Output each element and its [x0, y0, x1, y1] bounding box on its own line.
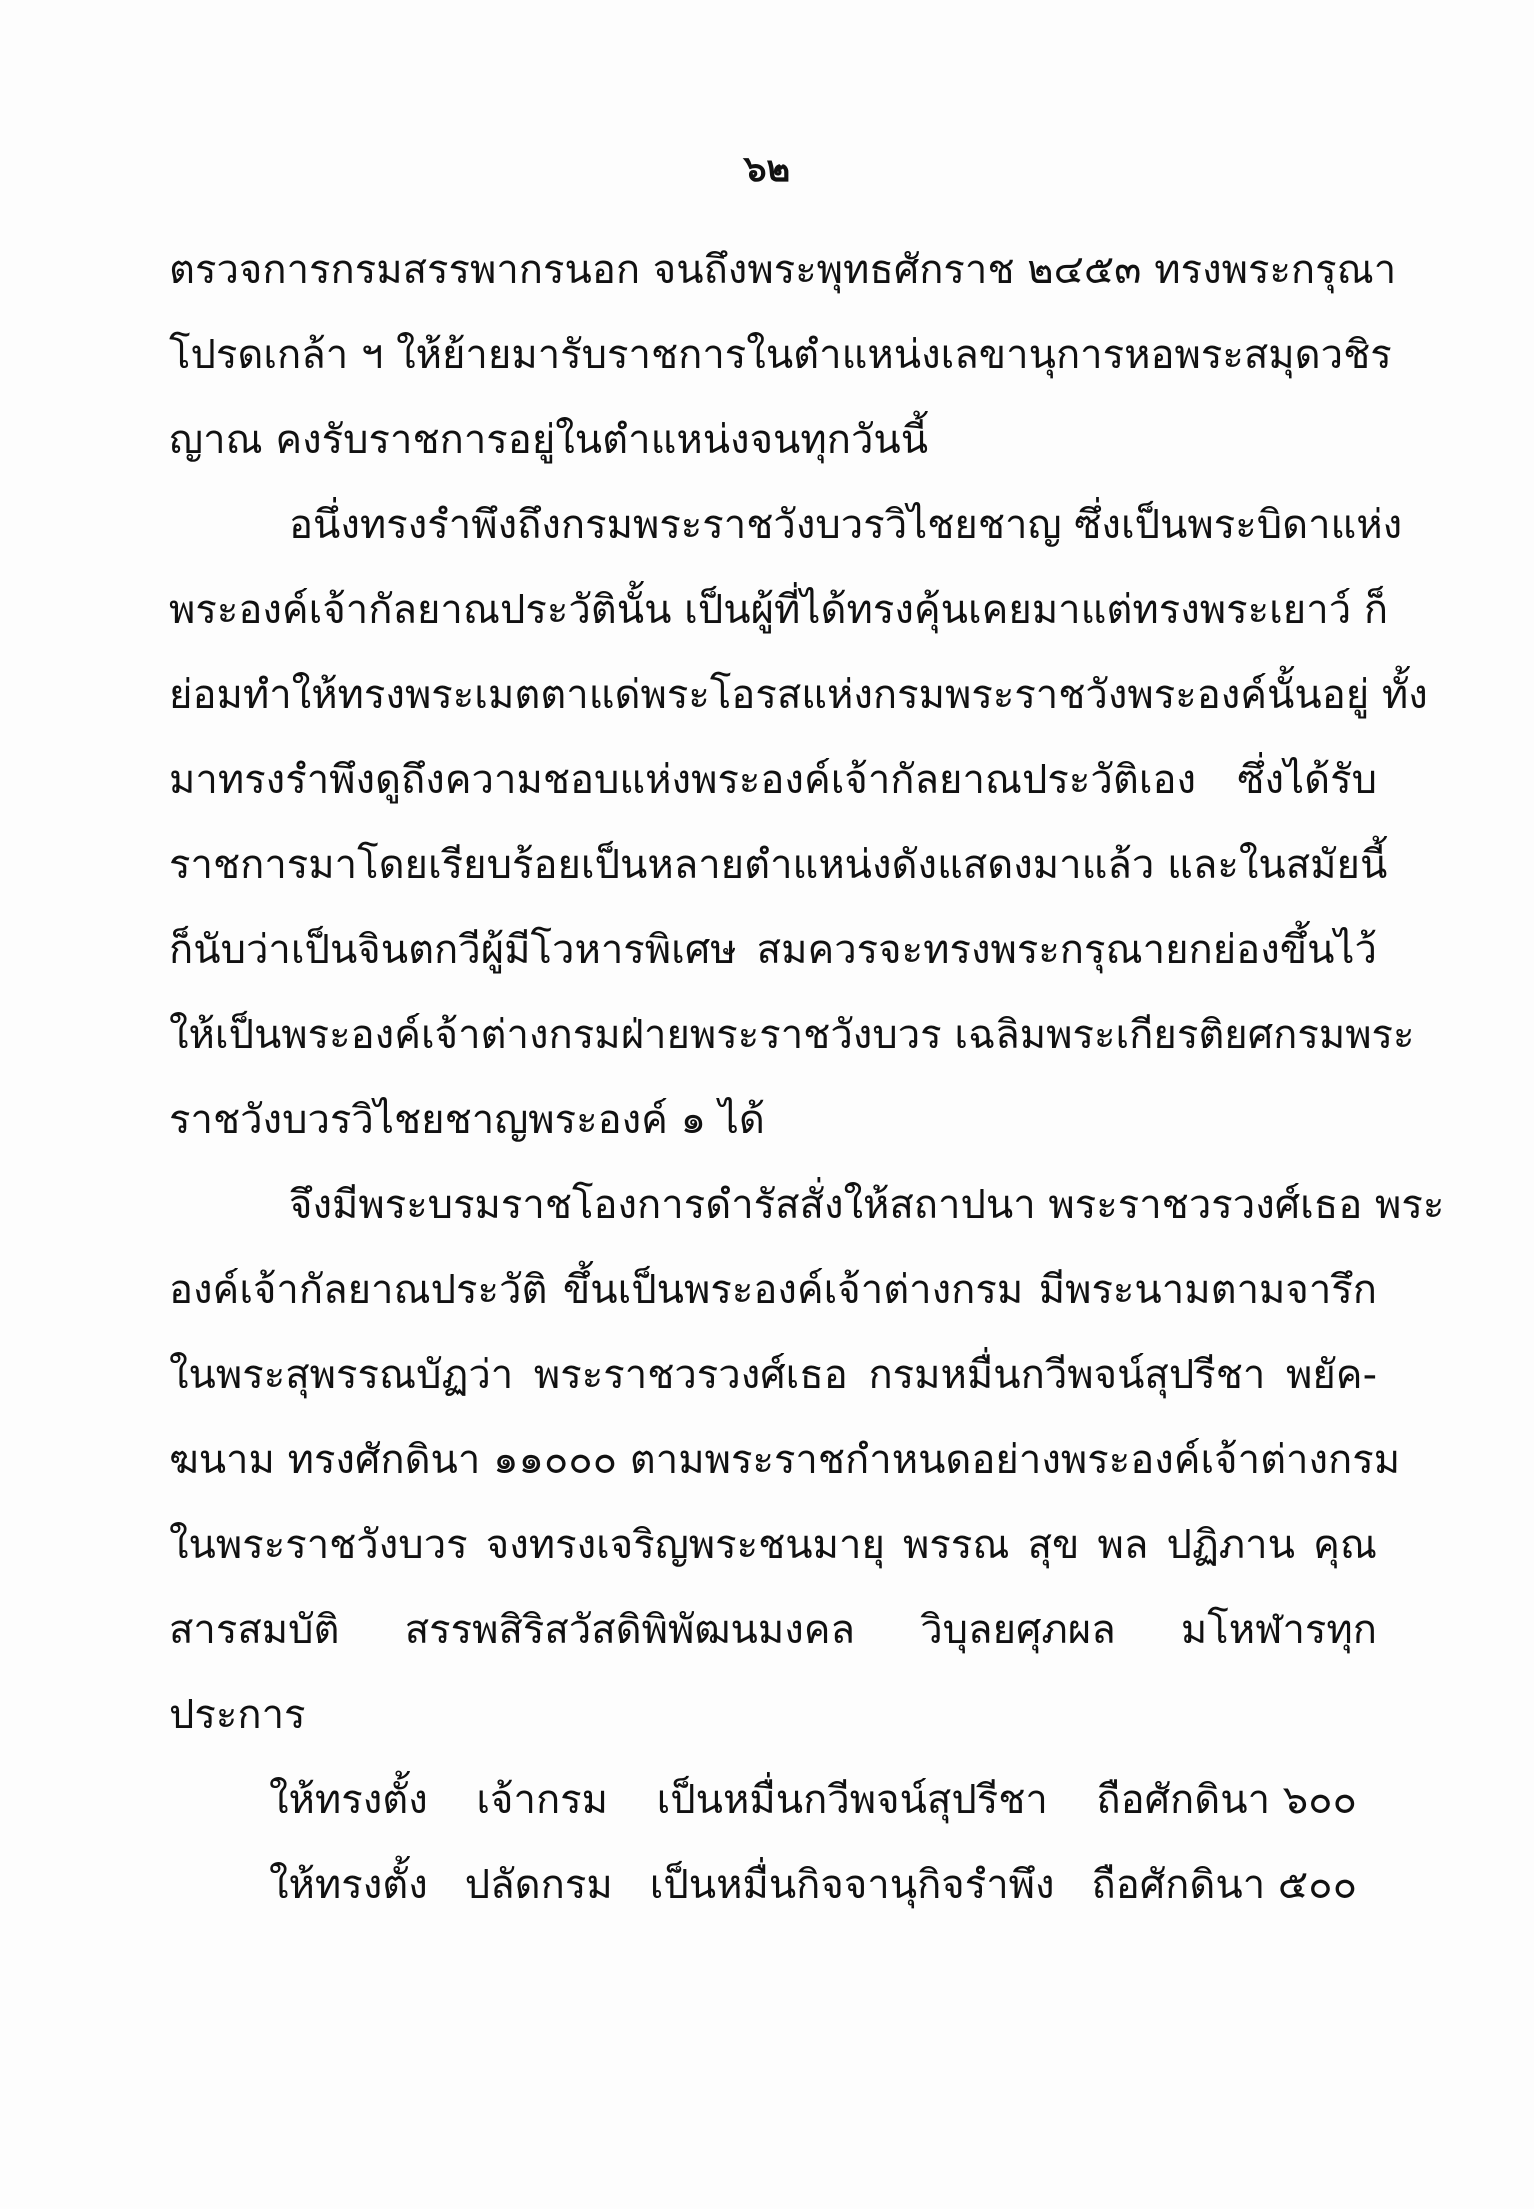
- text-line: ในพระสุพรรณบัฏว่า พระราชวรวงศ์เธอ กรมหมื…: [169, 1333, 1377, 1418]
- text-line: ญาณ คงรับราชการอยู่ในตำแหน่งจนทุกวันนี้: [169, 398, 1377, 483]
- paragraph-start-line: อนึ่งทรงรำพึงถึงกรมพระราชวังบวรวิไชยชาญ …: [169, 483, 1377, 568]
- text-line: สารสมบัติ สรรพสิริสวัสดิพิพัฒนมงคล วิบุล…: [169, 1588, 1377, 1673]
- appointment-role: ปลัดกรม: [465, 1843, 613, 1928]
- text-line: องค์เจ้ากัลยาณประวัติ ขึ้นเป็นพระองค์เจ้…: [169, 1248, 1377, 1333]
- text-line: ให้เป็นพระองค์เจ้าต่างกรมฝ่ายพระราชวังบว…: [169, 993, 1377, 1078]
- appointment-title: เป็นหมื่นกิจจานุกิจรำพึง: [650, 1843, 1055, 1928]
- text-line: โปรดเกล้า ฯ ให้ย้ายมารับราชการในตำแหน่งเ…: [169, 313, 1377, 398]
- appointment-role: เจ้ากรม: [476, 1758, 608, 1843]
- text-line: ในพระราชวังบวร จงทรงเจริญพระชนมายุ พรรณ …: [169, 1503, 1377, 1588]
- paragraph-start-line: จึงมีพระบรมราชโองการดำรัสสั่งให้สถาปนา พ…: [169, 1163, 1377, 1248]
- appointment-verb: ให้ทรงตั้ง: [269, 1843, 428, 1928]
- text-line: มาทรงรำพึงดูถึงความชอบแห่งพระองค์เจ้ากัล…: [169, 738, 1377, 823]
- page-number: ๖๒: [0, 140, 1534, 197]
- text-line: ย่อมทำให้ทรงพระเมตตาแด่พระโอรสแห่งกรมพระ…: [169, 653, 1377, 738]
- text-line: ประการ: [169, 1673, 1377, 1758]
- appointment-title: เป็นหมื่นกวีพจน์สุปรีชา: [657, 1758, 1048, 1843]
- text-line: ราชการมาโดยเรียบร้อยเป็นหลายตำแหน่งดังแส…: [169, 823, 1377, 908]
- text-line: ราชวังบวรวิไชยชาญพระองค์ ๑ ได้: [169, 1078, 1377, 1163]
- body-text: ตรวจการกรมสรรพากรนอก จนถึงพระพุทธศักราช …: [169, 228, 1377, 1928]
- text-line: พระองค์เจ้ากัลยาณประวัตินั้น เป็นผู้ที่ไ…: [169, 568, 1377, 653]
- text-line: ก็นับว่าเป็นจินตกวีผู้มีโวหารพิเศษ สมควร…: [169, 908, 1377, 993]
- text-line: ตรวจการกรมสรรพากรนอก จนถึงพระพุทธศักราช …: [169, 228, 1377, 313]
- appointment-row: ให้ทรงตั้ง ปลัดกรม เป็นหมื่นกิจจานุกิจรำ…: [169, 1843, 1377, 1928]
- text-line: ฆนาม ทรงศักดินา ๑๑๐๐๐ ตามพระราชกำหนดอย่า…: [169, 1418, 1377, 1503]
- appointment-verb: ให้ทรงตั้ง: [269, 1758, 428, 1843]
- document-page: ๖๒ ตรวจการกรมสรรพากรนอก จนถึงพระพุทธศักร…: [0, 0, 1534, 2209]
- appointment-row: ให้ทรงตั้ง เจ้ากรม เป็นหมื่นกวีพจน์สุปรี…: [169, 1758, 1377, 1843]
- appointment-sakdina: ถือศักดินา ๕๐๐: [1092, 1843, 1357, 1928]
- appointment-sakdina: ถือศักดินา ๖๐๐: [1096, 1758, 1357, 1843]
